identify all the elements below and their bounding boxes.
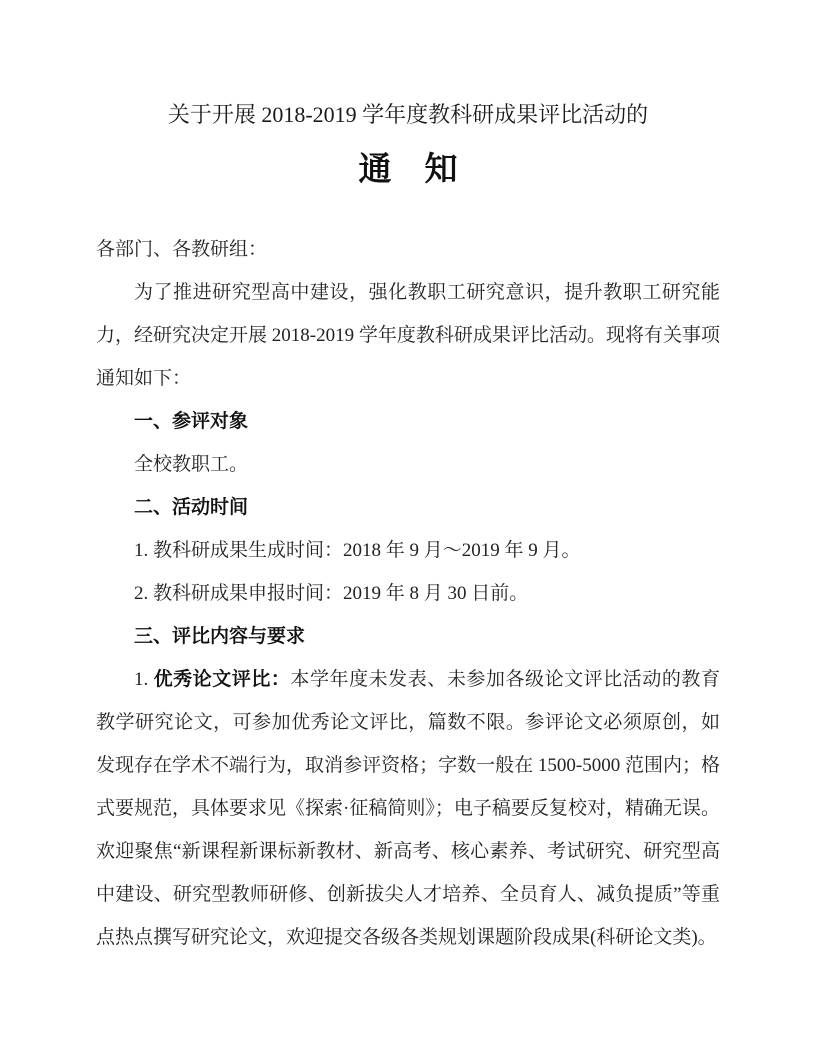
section1-heading: 一、参评对象 bbox=[96, 400, 720, 443]
greeting-line: 各部门、各教研组： bbox=[96, 228, 720, 271]
section2-item2: 2. 教科研成果申报时间：2019 年 8 月 30 日前。 bbox=[96, 572, 720, 615]
section2-item1: 1. 教科研成果生成时间：2018 年 9 月～2019 年 9 月。 bbox=[96, 529, 720, 572]
section3-item1-lead: 优秀论文评比： bbox=[154, 669, 291, 690]
section3-heading: 三、评比内容与要求 bbox=[96, 615, 720, 658]
section2-heading: 二、活动时间 bbox=[96, 486, 720, 529]
section3-item1-number: 1. bbox=[134, 669, 154, 690]
doc-body: 各部门、各教研组： 为了推进研究型高中建设，强化教职工研究意识，提升教职工研究能… bbox=[96, 228, 720, 959]
intro-paragraph: 为了推进研究型高中建设，强化教职工研究意识，提升教职工研究能力，经研究决定开展 … bbox=[96, 271, 720, 400]
section3-item1-text: 本学年度未发表、未参加各级论文评比活动的教育教学研究论文，可参加优秀论文评比，篇… bbox=[96, 669, 720, 948]
doc-title-line2: 通 知 bbox=[96, 146, 720, 192]
document-page: 关于开展 2018-2019 学年度教科研成果评比活动的 通 知 各部门、各教研… bbox=[0, 0, 816, 1056]
doc-title-line1: 关于开展 2018-2019 学年度教科研成果评比活动的 bbox=[96, 100, 720, 130]
section3-item1: 1. 优秀论文评比：本学年度未发表、未参加各级论文评比活动的教育教学研究论文，可… bbox=[96, 658, 720, 959]
section1-body: 全校教职工。 bbox=[96, 443, 720, 486]
